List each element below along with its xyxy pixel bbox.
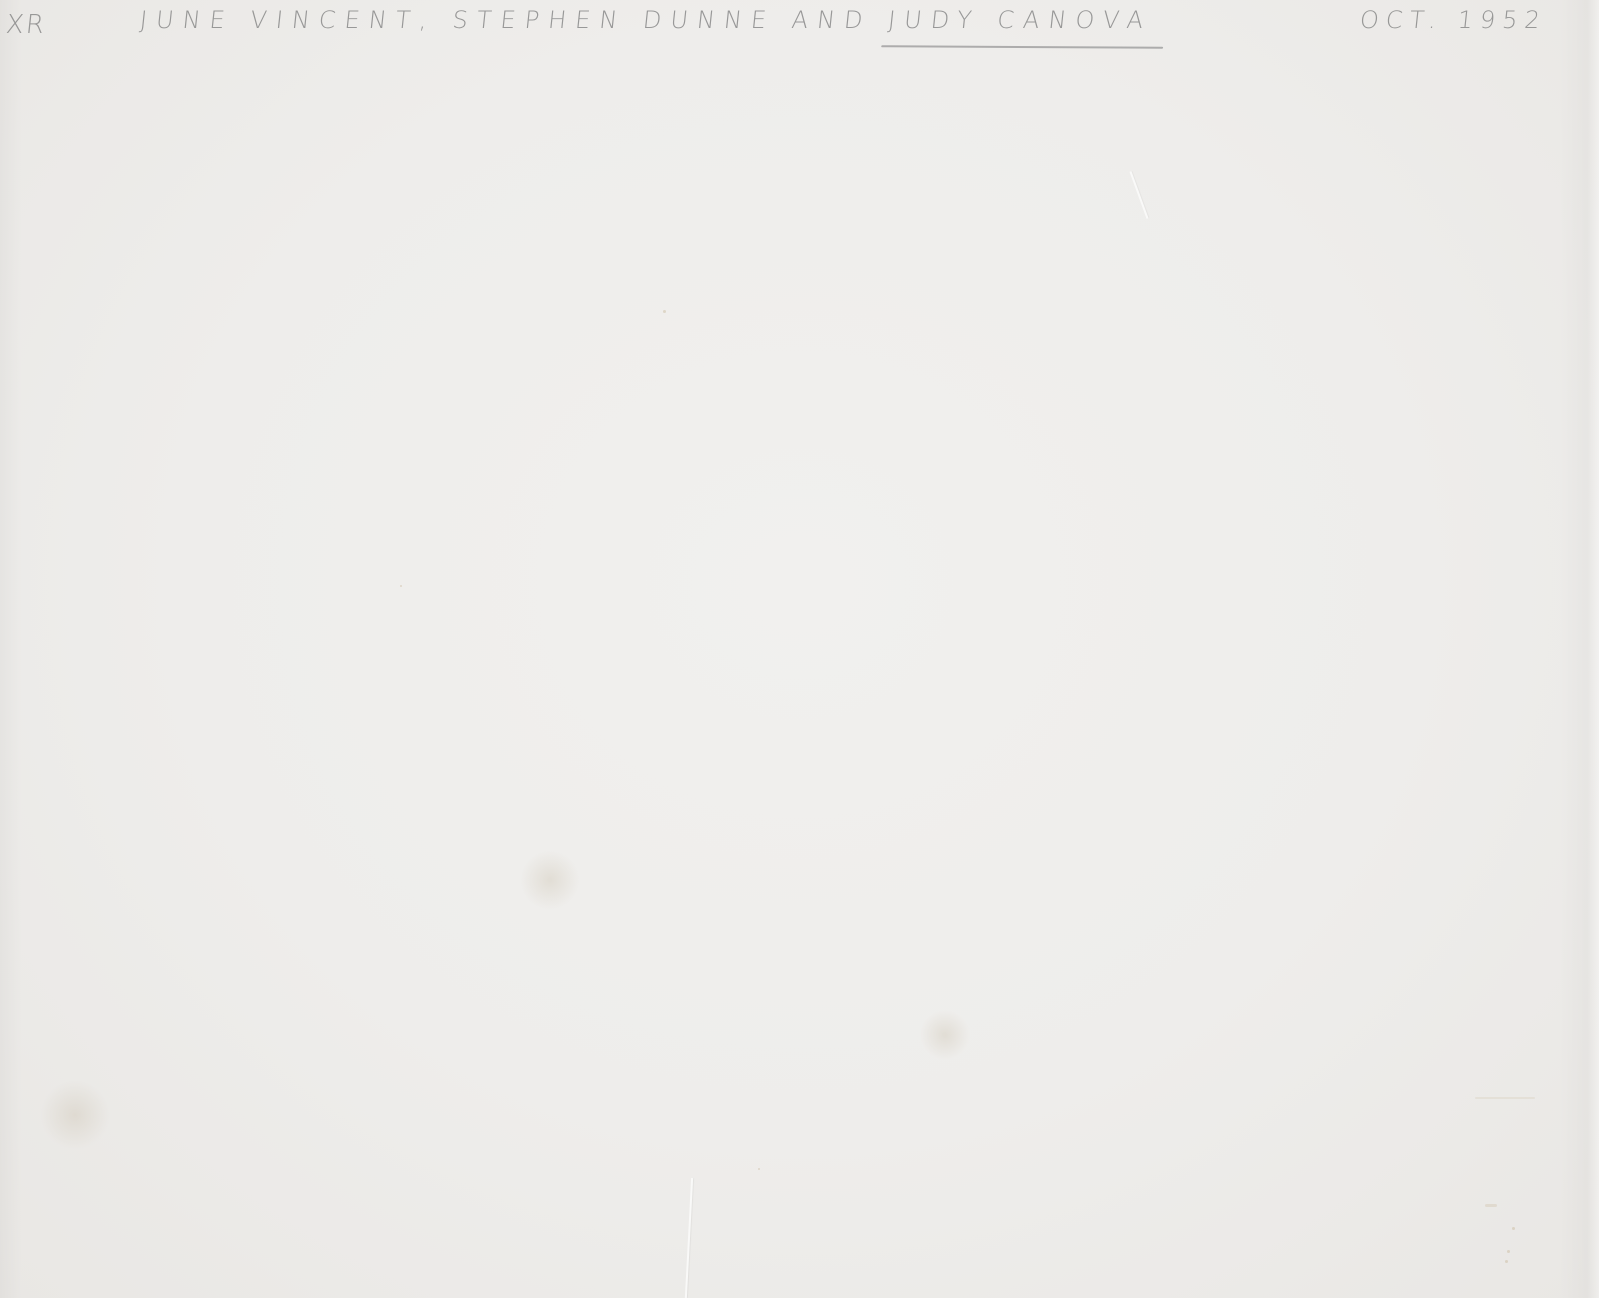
- caption-underlined-name: JUDY CANOVA: [887, 6, 1154, 34]
- right-edge-shading: [1559, 0, 1599, 1298]
- foxing-spot: [400, 585, 402, 587]
- foxing-spot: [758, 1168, 760, 1170]
- archive-code-annotation: XR: [4, 10, 47, 40]
- photo-back-paper: XR JUNE VINCENT, STEPHEN DUNNE AND JUDY …: [0, 0, 1599, 1298]
- foxing-spot: [1507, 1250, 1510, 1253]
- foxing-spot: [1485, 1204, 1497, 1207]
- date-annotation: OCT. 1952: [1359, 6, 1549, 34]
- paper-smudge: [40, 1080, 110, 1150]
- paper-smudge: [520, 850, 580, 910]
- caption-names-prefix: JUNE VINCENT, STEPHEN DUNNE AND: [139, 6, 890, 34]
- foxing-spot: [1512, 1227, 1515, 1230]
- foxing-spot: [663, 310, 666, 313]
- foxing-spot: [1475, 1097, 1535, 1099]
- paper-crease-bottom-tear: [685, 1178, 693, 1298]
- paper-crease: [1130, 171, 1149, 219]
- foxing-spot: [1505, 1260, 1508, 1263]
- left-edge-shading: [0, 0, 22, 1298]
- paper-smudge: [920, 1010, 970, 1060]
- caption-names-annotation: JUNE VINCENT, STEPHEN DUNNE AND JUDY CAN…: [139, 6, 1154, 34]
